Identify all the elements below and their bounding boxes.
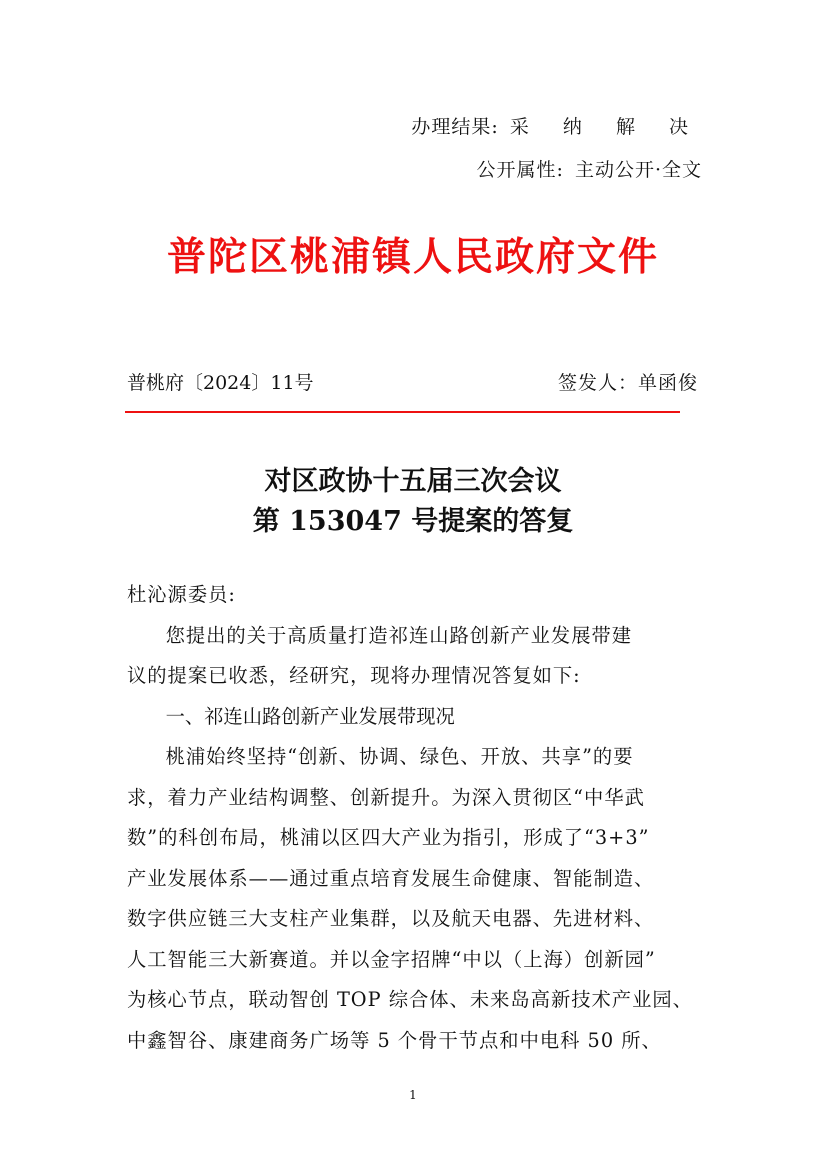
section-1-line: 产业发展体系——通过重点培育发展生命健康、智能制造、 xyxy=(127,859,702,900)
section-1-heading: 一、祁连山路创新产业发展带现况 xyxy=(127,697,702,738)
section-1-line: 求，着力产业结构调整、创新提升。为深入贯彻区“中华武 xyxy=(127,778,702,819)
salutation: 杜沁源委员: xyxy=(127,575,702,616)
section-1-line: 中鑫智谷、康建商务广场等 5 个骨干节点和中电科 50 所、 xyxy=(127,1021,702,1062)
section-1-line: 数”的科创布局，桃浦以区四大产业为指引，形成了“3+3” xyxy=(127,818,702,859)
signer: 签发人：单函俊 xyxy=(558,368,698,395)
page-number: 1 xyxy=(0,1088,826,1102)
handling-result: 办理结果: 采 纳 解 决 xyxy=(411,112,702,139)
section-1-line: 数字供应链三大支柱产业集群，以及航天电器、先进材料、 xyxy=(127,899,702,940)
document-body: 杜沁源委员: 您提出的关于高质量打造祁连山路创新产业发展带建 议的提案已收悉，经… xyxy=(127,575,702,1061)
issuing-organization-title: 普陀区桃浦镇人民政府文件 xyxy=(0,226,826,282)
section-1-line: 人工智能三大新赛道。并以金字招牌“中以（上海）创新园” xyxy=(127,940,702,981)
handling-result-label: 办理结果: xyxy=(411,116,498,138)
intro-paragraph: 您提出的关于高质量打造祁连山路创新产业发展带建 议的提案已收悉，经研究，现将办理… xyxy=(127,616,702,697)
document-title: 对区政协十五届三次会议 第 153047 号提案的答复 xyxy=(0,462,826,542)
section-1-paragraph: 桃浦始终坚持“创新、协调、绿色、开放、共享”的要 求，着力产业结构调整、创新提升… xyxy=(127,737,702,1061)
document-number: 普桃府〔2024〕11号 xyxy=(127,368,314,395)
disclosure-value: 主动公开·全文 xyxy=(575,159,702,181)
intro-line: 您提出的关于高质量打造祁连山路创新产业发展带建 xyxy=(127,616,702,657)
section-1-line: 为核心节点，联动智创 TOP 综合体、未来岛高新技术产业园、 xyxy=(127,980,702,1021)
section-1-line: 桃浦始终坚持“创新、协调、绿色、开放、共享”的要 xyxy=(127,737,702,778)
disclosure-label: 公开属性: xyxy=(477,159,564,181)
document-title-line-2: 第 153047 号提案的答复 xyxy=(0,502,826,542)
disclosure-attribute: 公开属性: 主动公开·全文 xyxy=(477,155,703,182)
intro-line: 议的提案已收悉，经研究，现将办理情况答复如下: xyxy=(127,656,702,697)
document-title-line-1: 对区政协十五届三次会议 xyxy=(0,462,826,502)
handling-result-value: 采 纳 解 决 xyxy=(510,116,702,138)
red-divider-line xyxy=(125,411,680,413)
